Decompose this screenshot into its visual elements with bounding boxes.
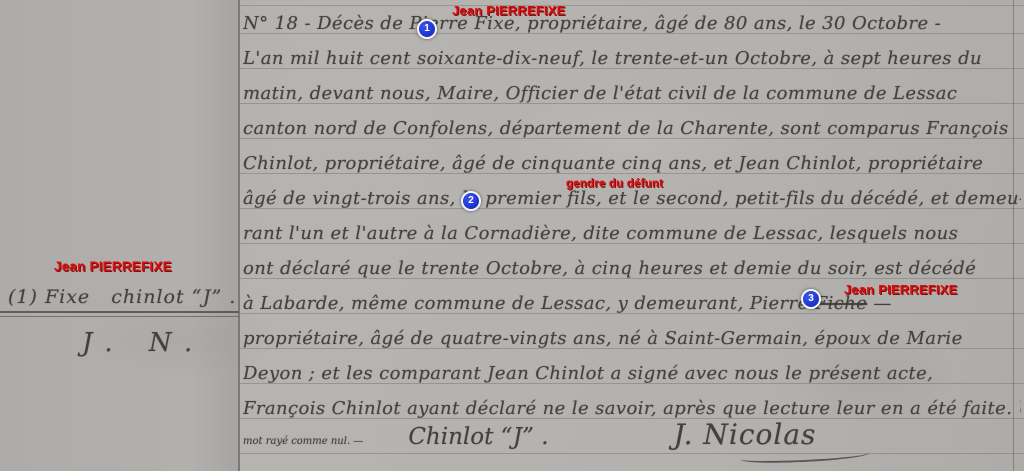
margin-double-rule: [0, 311, 239, 317]
margin-initials: J. N.: [82, 328, 206, 358]
person-marker-3[interactable]: 3: [801, 289, 821, 309]
handwritten-line-11: Deyon ; et les comparant Jean Chinlot a …: [243, 356, 1021, 391]
closing-note: mot rayé comme nul. —: [243, 418, 363, 447]
annotation-label-right: Jean PIERREFIXE: [844, 282, 958, 297]
register-scan: N° 18 - Décès de Pierre Fixe, propriétai…: [0, 0, 1024, 471]
annotation-label-margin: Jean PIERREFIXE: [54, 259, 172, 274]
handwritten-line-3: matin, devant nous, Maire, Officier de l…: [243, 76, 1021, 111]
person-marker-2[interactable]: 2: [461, 191, 481, 211]
handwritten-line-5: Chinlot, propriétaire, âgé de cinquante …: [243, 146, 1021, 181]
annotation-label-top: Jean PIERREFIXE: [452, 3, 566, 18]
margin-correction-note: (1) Fixe chinlot “J” .: [8, 286, 236, 308]
line-9-text: à Labarde, même commune de Lessac, y dem…: [243, 293, 815, 314]
signature-nicolas: J. Nicolas: [674, 418, 817, 451]
person-marker-1[interactable]: 1: [417, 19, 437, 39]
handwritten-line-2: L'an mil huit cent soixante-dix-neuf, le…: [243, 41, 1021, 76]
handwritten-line-7: rant l'un et l'autre à la Cornadière, di…: [243, 216, 1021, 251]
handwritten-line-10: propriétaire, âgé de quatre-vingts ans, …: [243, 321, 1021, 356]
annotation-label-gendre: gendre du défunt: [566, 178, 663, 190]
handwritten-line-1: N° 18 - Décès de Pierre Fixe, propriétai…: [243, 6, 1021, 41]
handwritten-line-8: ont déclaré que le trente Octobre, à cin…: [243, 251, 1021, 286]
handwritten-line-4: canton nord de Confolens, département de…: [243, 111, 1021, 146]
act-text-block: N° 18 - Décès de Pierre Fixe, propriétai…: [243, 6, 1021, 426]
signature-chinlot: Chinlot “J” .: [408, 424, 548, 450]
signature-row: mot rayé comme nul. — Chinlot “J” . J. N…: [243, 418, 1021, 464]
register-margin-column: [0, 0, 240, 471]
